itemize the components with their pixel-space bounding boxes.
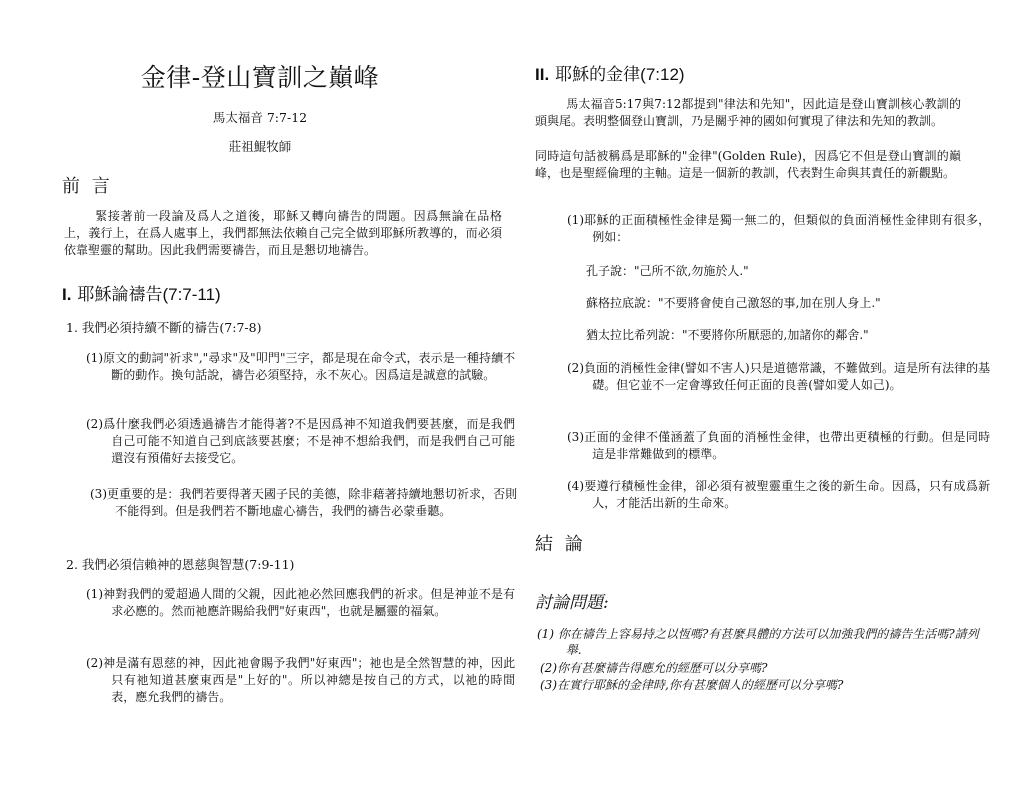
point-1-label: 1. 我們必須持續不斷的禱告(7:7-8) bbox=[66, 318, 261, 336]
discussion-question-2: (2)你有甚麼禱告得應允的經歷可以分享嗎? bbox=[540, 660, 993, 676]
preface-heading: 前 言 bbox=[62, 172, 113, 198]
preface-text: 緊接著前一段論及爲人之道後，耶穌又轉向禱告的問題。因爲無論在品格上，義行上，在爲… bbox=[64, 208, 502, 259]
discussion-heading: 討論問題: bbox=[535, 588, 609, 613]
document-title: 金律-登山寶訓之巔峰 bbox=[95, 58, 425, 94]
point-2-label: 2. 我們必須信賴神的恩慈與智慧(7:9-11) bbox=[66, 555, 294, 573]
point-1-item-3: (3)更重要的是：我們若要得著天國子民的美德，除非藉著持續地懇切祈求，否則不能得… bbox=[90, 486, 517, 520]
section-2-item-3: (3)正面的金律不僅涵蓋了負面的消極性金律，也帶出更積極的行動。但是同時這是非常… bbox=[567, 429, 990, 463]
discussion-question-1: (1) 你在禱告上容易持之以恆嗎?有甚麼具體的方法可以加強我們的禱告生活嗎?請列… bbox=[537, 626, 992, 658]
section-1-title: 耶穌論禱告(7:7-11) bbox=[77, 285, 220, 304]
discussion-question-3: (3)在實行耶穌的金律時,你有甚麼個人的經歷可以分享嗎? bbox=[540, 677, 993, 693]
quote-hillel: 猶太拉比希列說："不要將你所厭惡的,加諸你的鄰舍." bbox=[586, 327, 869, 344]
conclusion-heading: 結 論 bbox=[535, 530, 586, 556]
scripture-reference: 馬太福音 7:7-12 bbox=[95, 108, 425, 126]
point-1-item-2: (2)爲什麼我們必須透過禱告才能得著?不是因爲神不知道我們要甚麼，而是我們自己可… bbox=[86, 416, 515, 467]
section-1-numeral: I. bbox=[62, 285, 71, 304]
section-2-item-4: (4)要遵行積極性金律，卻必須有被聖靈重生之後的新生命。因爲，只有成爲新人，才能… bbox=[567, 478, 990, 512]
point-2-item-1: (1)神對我們的愛超過人間的父親，因此祂必然回應我們的祈求。但是神並不是有求必應… bbox=[86, 586, 515, 620]
point-2-item-2: (2)神是滿有恩慈的神，因此祂會賜予我們"好東西"；祂也是全然智慧的神，因此只有… bbox=[86, 655, 515, 706]
quote-confucius: 孔子說："己所不欲,勿施於人." bbox=[586, 263, 749, 280]
section-2-intro-1: 馬太福音5:17與7:12都提到"律法和先知"，因此這是登山寶訓核心教訓的頭與尾… bbox=[535, 96, 961, 130]
section-1-heading: I.耶穌論禱告(7:7-11) bbox=[62, 280, 221, 305]
section-2-item-2: (2)負面的消極性金律(譬如不害人)只是道德常識，不難做到。這是所有法律的基礎。… bbox=[567, 360, 990, 394]
author: 莊祖鯤牧師 bbox=[95, 137, 425, 155]
quote-socrates: 蘇格拉底說："不要將會使自己激怒的事,加在別人身上." bbox=[586, 295, 881, 312]
section-2-numeral: II. bbox=[535, 65, 549, 84]
section-2-title: 耶穌的金律(7:12) bbox=[555, 65, 684, 84]
section-2-intro-2: 同時這句話被稱爲是耶穌的"金律"(Golden Rule)，因爲它不但是登山寶訓… bbox=[535, 148, 961, 182]
section-2-item-1: (1)耶穌的正面積極性金律是獨一無二的，但類似的負面消極性金律則有很多，例如： bbox=[567, 212, 990, 246]
section-2-heading: II.耶穌的金律(7:12) bbox=[535, 60, 685, 85]
point-1-item-1: (1)原文的動詞"祈求","尋求"及"叩門"三字，都是現在命令式，表示是一種持續… bbox=[86, 350, 515, 384]
